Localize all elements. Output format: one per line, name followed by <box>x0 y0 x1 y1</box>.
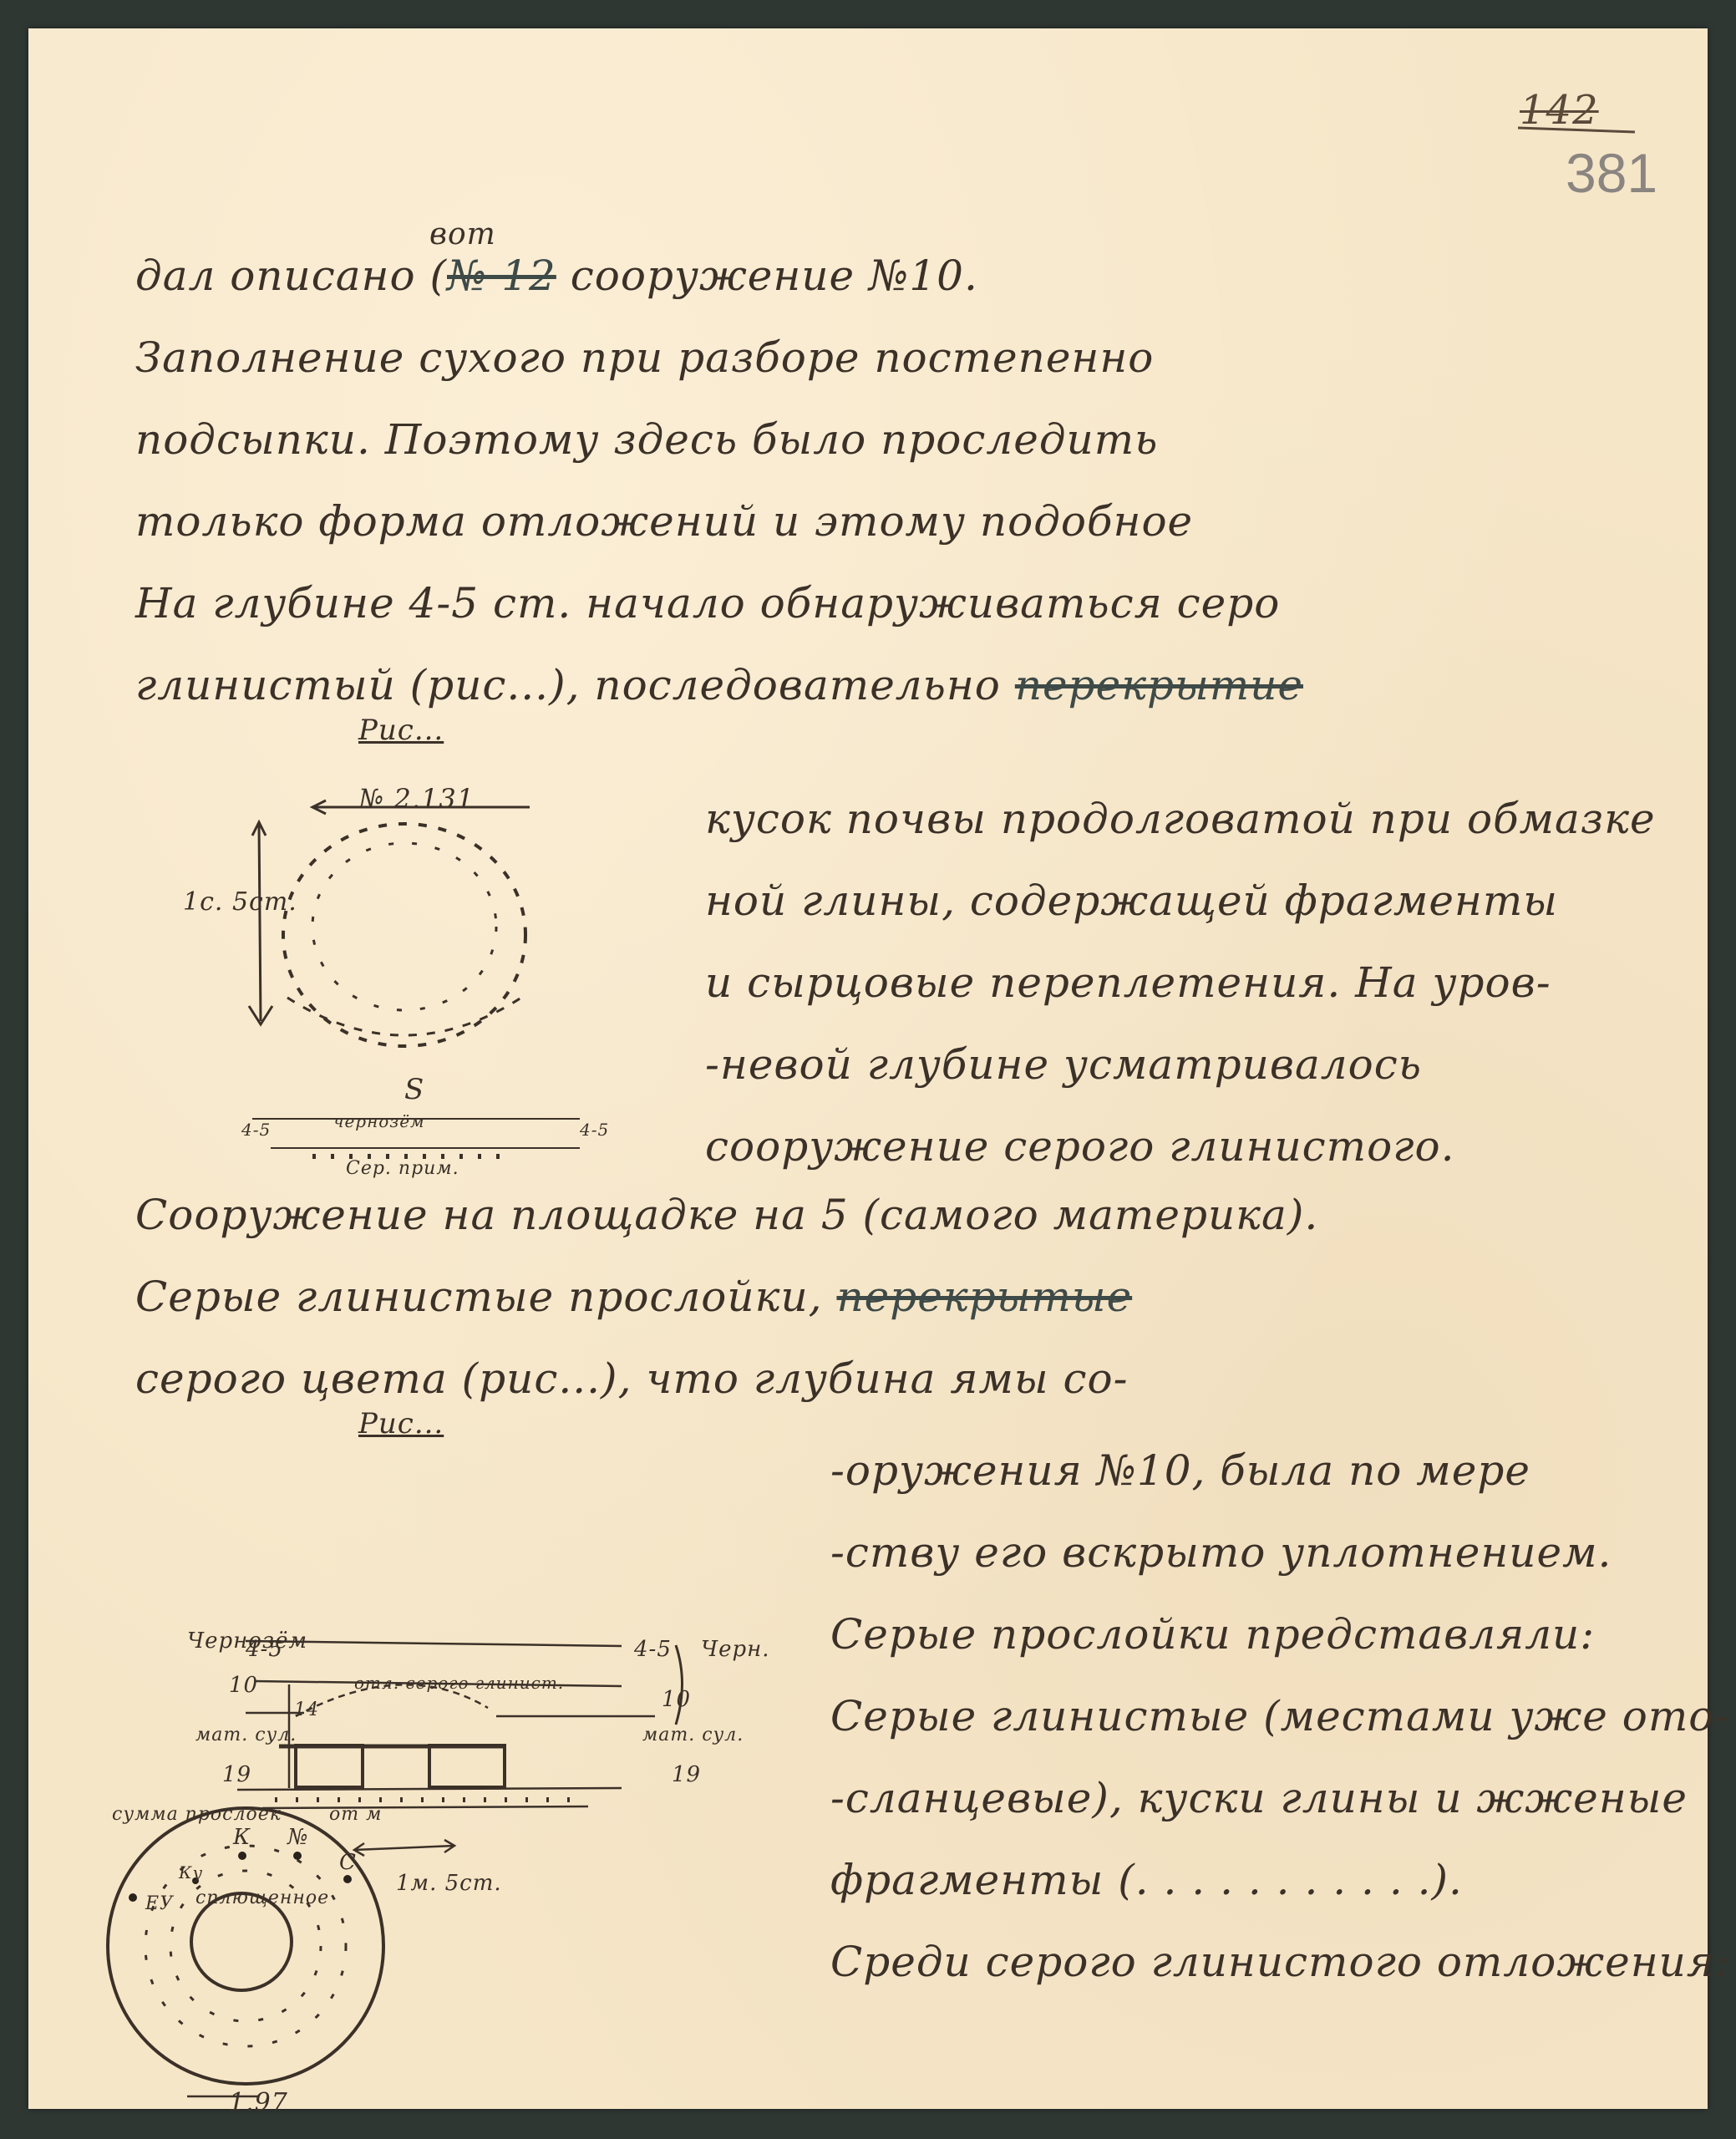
text-line-9: серого цвета (рис...), что глубина ямы с… <box>135 1354 1129 1404</box>
circle-mark-k: К <box>233 1825 251 1850</box>
circular-plan-sketch <box>79 1787 429 2105</box>
section-depth-2: 10 <box>229 1673 258 1698</box>
struck-text: перекрытые <box>836 1273 1132 1321</box>
section-right-label: Черн. <box>701 1637 770 1662</box>
section-depth-right-1: 4-5 <box>634 1637 672 1662</box>
text-line-8: Серые глинистые прослойки, перекрытые <box>135 1272 1132 1322</box>
circle-inner-label: сплющенное <box>195 1888 329 1908</box>
text-line-1: дал описано (№ 12 сооружение №10. <box>135 251 978 301</box>
section-depth-right-3: 19 <box>672 1762 701 1787</box>
section-depth-right-2: 10 <box>662 1687 691 1712</box>
manuscript-page: 142 381 вот дал описано (№ 12 сооружение… <box>28 28 1708 2109</box>
text-line-r8: Серые прослойки представляли: <box>830 1609 1595 1659</box>
circle-mark-s: С <box>339 1850 357 1875</box>
text-line-r12: Среди серого глинистого отложения: <box>830 1937 1730 1987</box>
text-line-6: глинистый (рис...), последовательно пере… <box>135 660 1303 710</box>
plan-layer-name: чернозём <box>333 1111 425 1131</box>
plan-bottom-label: Сер. прим. <box>346 1158 459 1179</box>
plan-layer-right: 4-5 <box>580 1120 609 1140</box>
text-line-r5: сооружение серого глинистого. <box>705 1121 1454 1171</box>
circle-outer-label: сумма прослоек <box>112 1804 282 1825</box>
plan-scale-label: 1с. 5ст. <box>183 887 297 917</box>
struck-text: № 12 <box>447 251 556 300</box>
text-line-r2: ной глины, содержащей фрагменты <box>705 876 1558 926</box>
section-depth-1: 4-5 <box>246 1637 283 1662</box>
section-depth-marker: 14 <box>294 1700 319 1720</box>
text-line-r7: -ству его вскрыто уплотнением. <box>830 1527 1612 1578</box>
circle-mark-eu: ЕУ <box>145 1893 174 1914</box>
plan-number-label: № 2.131 <box>358 783 475 815</box>
text-line-r6: -оружения №10, была по мере <box>830 1445 1530 1496</box>
text-line-4: только форма отложений и этому подобное <box>135 496 1193 546</box>
section-mat-right: мат. сул. <box>642 1725 744 1745</box>
text-line-r4: -невой глубине усматривалось <box>705 1039 1422 1090</box>
text-line-r10: -сланцевые), куски глины и жженые <box>830 1773 1688 1823</box>
figure-2-caption: Рис... <box>358 1407 444 1440</box>
plan-direction-label: S <box>404 1073 424 1106</box>
circle-scale-label: 1.97 <box>229 2088 288 2117</box>
interlinear-insertion: вот <box>429 217 496 251</box>
text-line-3: подсыпки. Поэтому здесь было проследить <box>135 414 1158 465</box>
text-line-5: На глубине 4-5 ст. начало обнаруживаться… <box>135 578 1280 628</box>
text-line-7: Сооружение на площадке на 5 (самого мате… <box>135 1190 1318 1240</box>
text-line-r11: фрагменты (. . . . . . . . . . .). <box>830 1855 1463 1905</box>
text-line-r1: кусок почвы продолговатой при обмазке <box>705 794 1656 844</box>
figure-1-caption: Рис... <box>358 714 444 747</box>
section-fill-label: отл. серого глинист. <box>354 1673 564 1693</box>
struck-text: перекрытие <box>1015 661 1303 709</box>
archive-folio-number: 381 <box>1566 141 1657 205</box>
section-depth-3: 19 <box>222 1762 251 1787</box>
plan-layer-left: 4-5 <box>241 1120 271 1140</box>
text-line-2: Заполнение сухого при разборе постепенно <box>135 333 1154 383</box>
circle-mark-n: № <box>287 1825 309 1850</box>
circle-mark-ku: Ку <box>179 1862 203 1882</box>
section-mat-left: мат. сул. <box>195 1725 297 1745</box>
text-line-r3: и сырцовые переплетения. На уров- <box>705 958 1551 1008</box>
text-line-r9: Серые глинистые (местами уже ото- <box>830 1691 1729 1741</box>
